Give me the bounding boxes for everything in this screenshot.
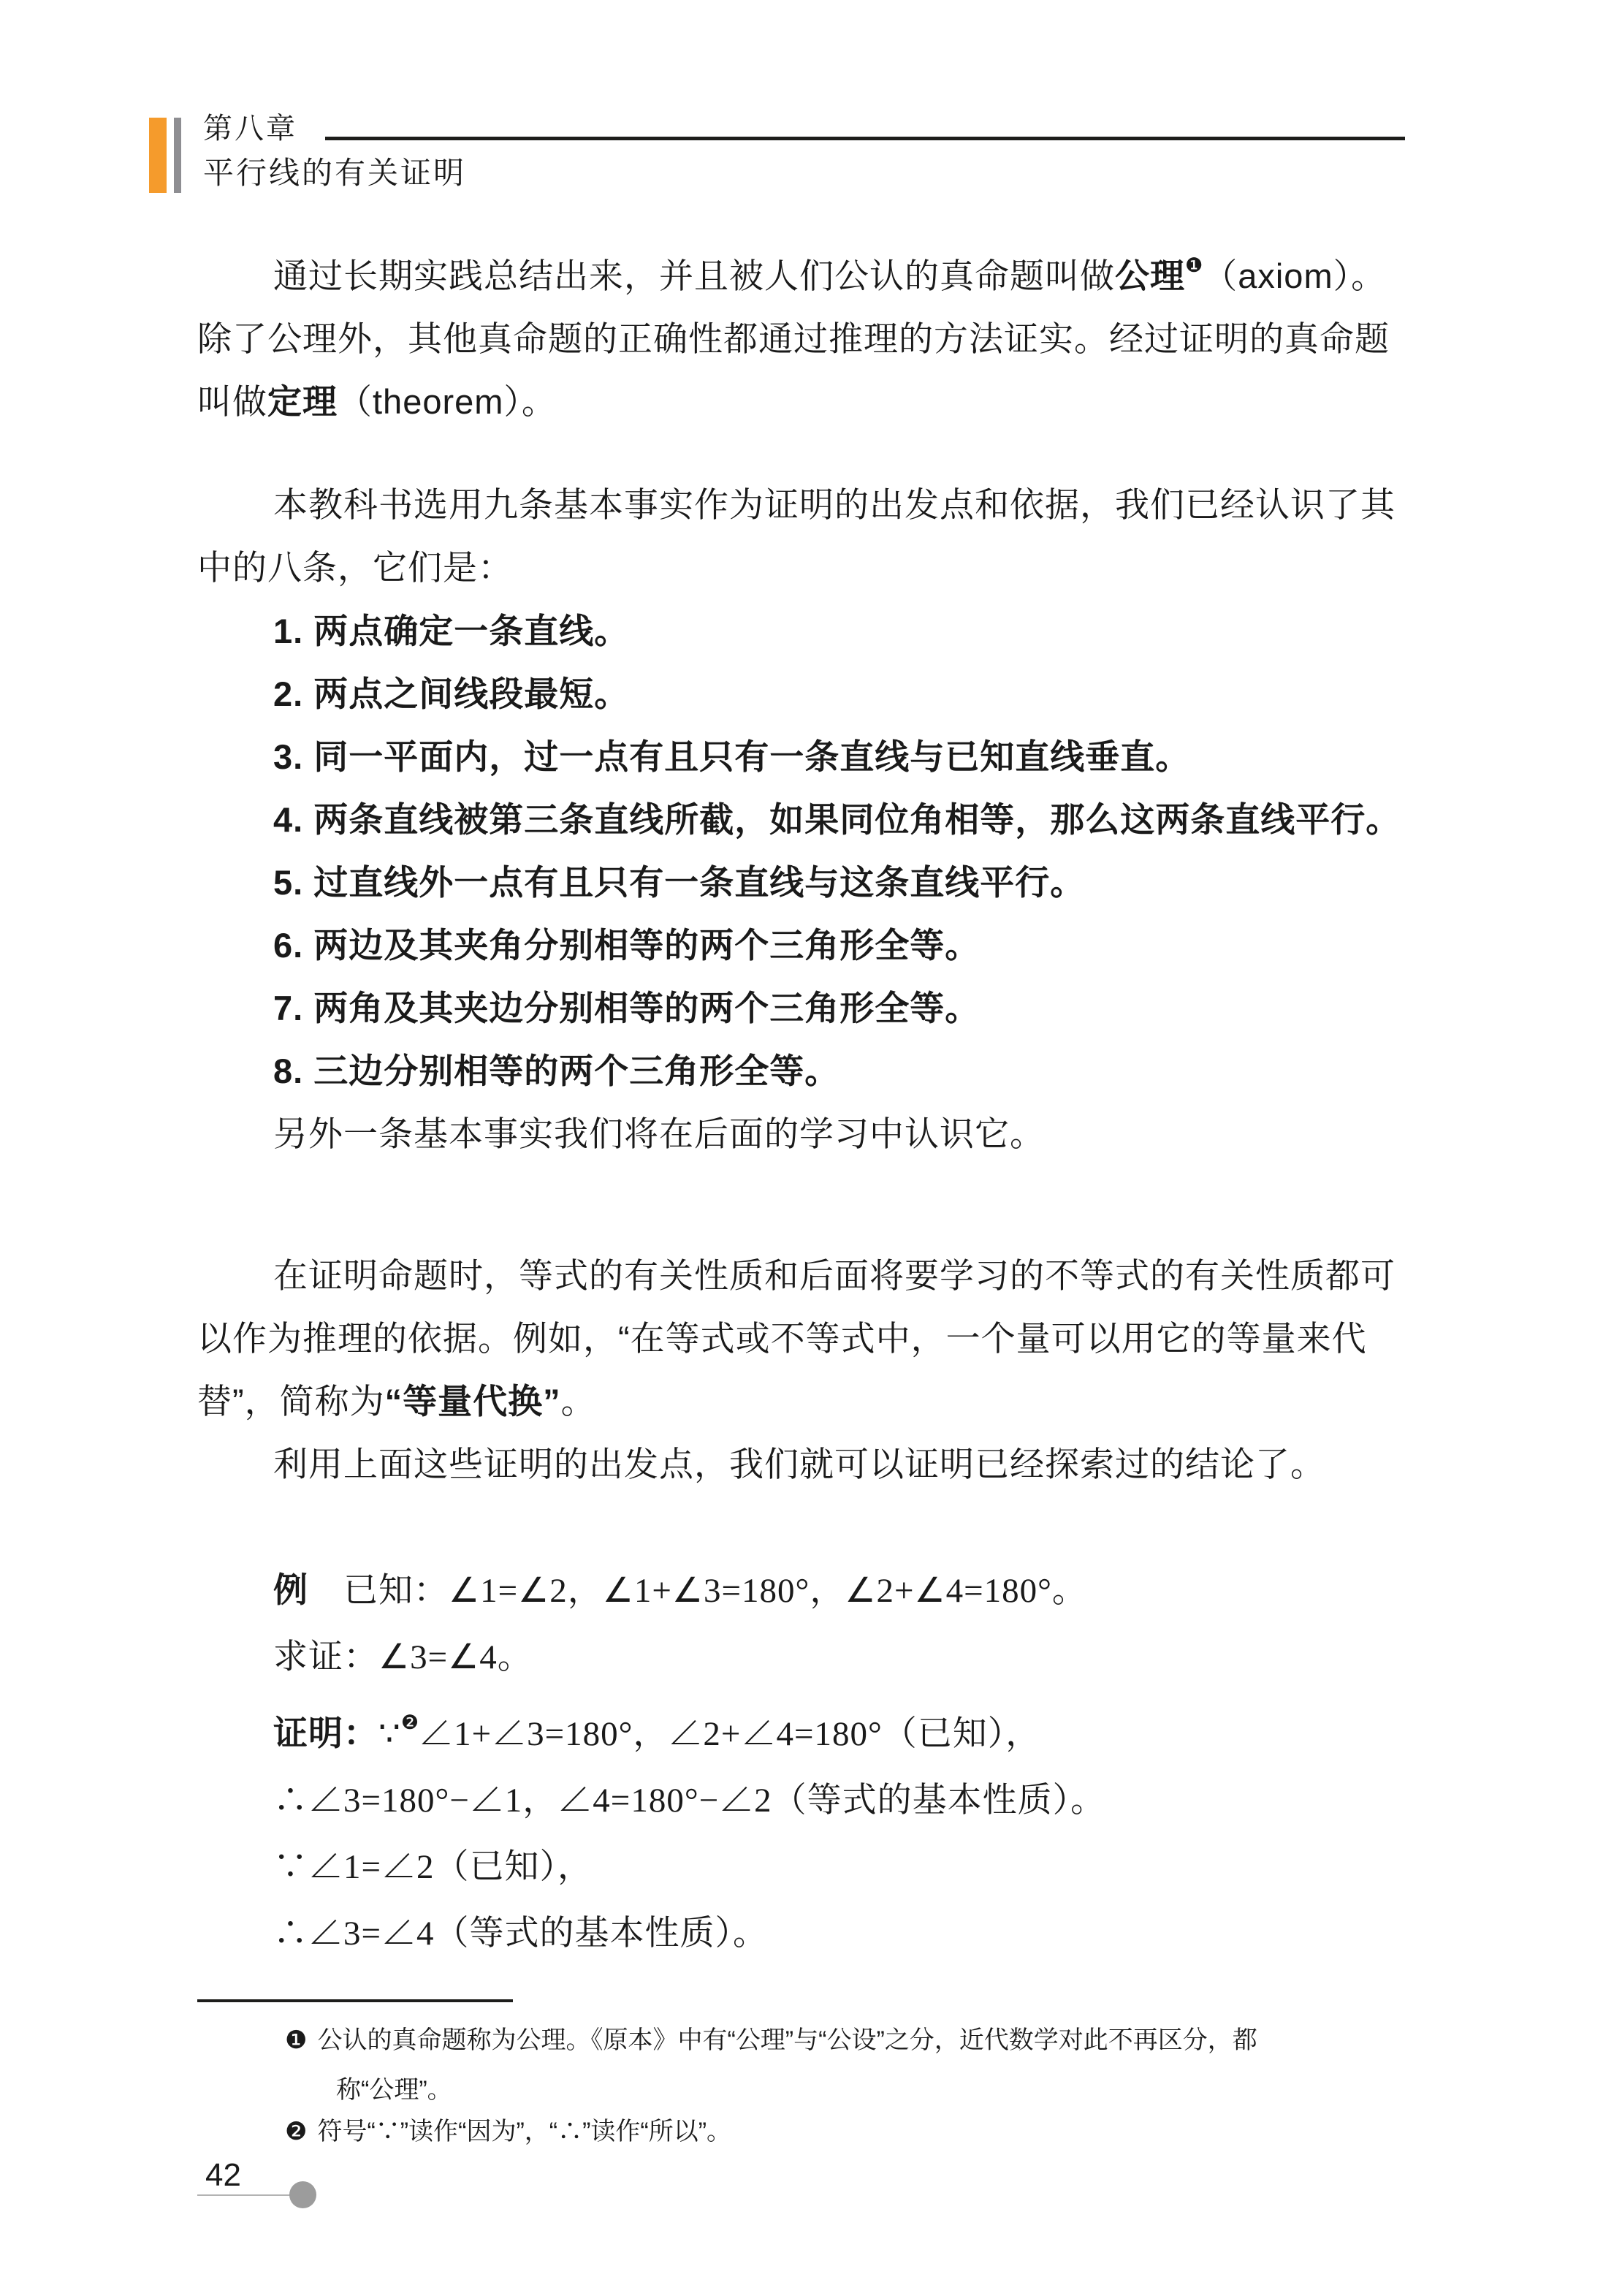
text-run: 利用上面这些证明的出发点，我们就可以证明已经探索过的结论了。	[273, 1445, 1325, 1483]
footnote-rule	[197, 1999, 513, 2002]
para-axiom: 通过长期实践总结出来，并且被人们公认的真命题叫做公理❶（axiom）。除了公理外…	[197, 235, 1483, 433]
text-line: 利用上面这些证明的出发点，我们就可以证明已经探索过的结论了。	[197, 1433, 1483, 1496]
text-run: 6. 两边及其夹角分别相等的两个三角形全等。	[273, 926, 980, 965]
footnote-marker-icon: ❶	[285, 2026, 307, 2055]
text-run: （theorem）。	[338, 382, 557, 421]
text-line: 求证：∠3=∠4。	[197, 1624, 1483, 1690]
text-run: 4. 两条直线被第三条直线所截，如果同位角相等，那么这两条直线平行。	[273, 800, 1401, 839]
text-run: 例	[273, 1570, 308, 1609]
text-line: 2. 两点之间线段最短。	[197, 663, 1483, 726]
text-run: ∵	[378, 1715, 401, 1753]
text-run: 在证明命题时，等式的有关性质和后面将要学习的不等式的有关性质都可	[273, 1256, 1396, 1295]
textbook-page: { "header": { "chapter": "第八章", "title":…	[0, 0, 1622, 2296]
footer-line	[197, 2194, 292, 2196]
text-run: 公理	[1115, 256, 1185, 295]
list-basic-facts: 1. 两点确定一条直线。2. 两点之间线段最短。3. 同一平面内，过一点有且只有…	[197, 600, 1483, 1166]
text-run: 通过长期实践总结出来，并且被人们公认的真命题叫做	[273, 256, 1115, 295]
footnote-line: ❶公认的真命题称为公理。《原本》中有“公理”与“公设”之分，近代数学对此不再区分…	[285, 2015, 1498, 2065]
text-run: 5. 过直线外一点有且只有一条直线与这条直线平行。	[273, 863, 1085, 902]
text-run: 3. 同一平面内，过一点有且只有一条直线与已知直线垂直。	[273, 737, 1190, 776]
text-run: 7. 两角及其夹边分别相等的两个三角形全等。	[273, 989, 980, 1027]
text-run: 另外一条基本事实我们将在后面的学习中认识它。	[273, 1114, 1045, 1153]
text-line: 除了公理外，其他真命题的正确性都通过推理的方法证实。经过证明的真命题	[197, 308, 1483, 370]
footer-dot-icon	[289, 2181, 316, 2208]
page-number: 42	[205, 2157, 241, 2194]
text-line: 另外一条基本事实我们将在后面的学习中认识它。	[197, 1103, 1483, 1166]
text-run: 8. 三边分别相等的两个三角形全等。	[273, 1052, 839, 1090]
text-line: ∵∠1=∠2（已知），	[197, 1833, 1483, 1900]
text-line: 3. 同一平面内，过一点有且只有一条直线与已知直线垂直。	[197, 726, 1483, 788]
text-line: 5. 过直线外一点有且只有一条直线与这条直线平行。	[197, 851, 1483, 914]
text-line: ∴∠3=∠4（等式的基本性质）。	[197, 1900, 1483, 1966]
header-rule	[325, 137, 1405, 140]
footnote-line: ❷符号“∵”读作“因为”，“∴”读作“所以”。	[285, 2107, 1498, 2156]
text-run: 定理	[267, 382, 338, 421]
text-line: 8. 三边分别相等的两个三角形全等。	[197, 1040, 1483, 1103]
footnote-ref-icon: ❶	[1185, 254, 1203, 277]
text-line: 7. 两角及其夹边分别相等的两个三角形全等。	[197, 977, 1483, 1040]
text-line: 通过长期实践总结出来，并且被人们公认的真命题叫做公理❶（axiom）。	[197, 235, 1483, 308]
text-run: 中的八条，它们是：	[197, 548, 513, 587]
chapter-accent-bar-orange	[149, 118, 167, 193]
footnote-text: 称“公理”。	[336, 2076, 452, 2104]
text-run: 已知：	[308, 1570, 449, 1609]
para-facts-intro: 本教科书选用九条基本事实作为证明的出发点和依据，我们已经认识了其中的八条，它们是…	[197, 474, 1483, 599]
text-run: 求证：	[273, 1637, 378, 1676]
footnote-text: 符号“∵”读作“因为”，“∴”读作“所以”。	[317, 2118, 731, 2145]
text-run: （axiom）。	[1203, 256, 1386, 295]
text-run: “等量代换”	[385, 1382, 561, 1421]
text-run: 本教科书选用九条基本事实作为证明的出发点和依据，我们已经认识了其	[273, 485, 1396, 524]
text-line: 4. 两条直线被第三条直线所截，如果同位角相等，那么这两条直线平行。	[197, 788, 1483, 851]
text-line: 例 已知：∠1=∠2，∠1+∠3=180°，∠2+∠4=180°。	[197, 1557, 1483, 1624]
text-run: 1. 两点确定一条直线。	[273, 612, 629, 650]
text-line: 证明：∵❷∠1+∠3=180°，∠2+∠4=180°（已知），	[197, 1690, 1483, 1767]
text-run: 。	[561, 1382, 596, 1421]
text-line: 以作为推理的依据。例如，“在等式或不等式中，一个量可以用它的等量来代	[197, 1307, 1483, 1370]
chapter-accent-bar-gray	[174, 118, 181, 193]
text-line: ∴∠3=180°−∠1，∠4=180°−∠2（等式的基本性质）。	[197, 1767, 1483, 1833]
text-line: 本教科书选用九条基本事实作为证明的出发点和依据，我们已经认识了其	[197, 474, 1483, 536]
text-run: ∴∠3=∠4（等式的基本性质）。	[273, 1915, 768, 1953]
text-line: 叫做定理（theorem）。	[197, 370, 1483, 433]
chapter-number: 第八章	[203, 111, 297, 146]
text-run: ∵∠1=∠2（已知），	[273, 1848, 593, 1886]
text-run: ∠1=∠2，∠1+∠3=180°，∠2+∠4=180°。	[449, 1572, 1087, 1610]
chapter-title: 平行线的有关证明	[203, 155, 466, 191]
text-line: 替”，简称为“等量代换”。	[197, 1370, 1483, 1433]
text-line: 1. 两点确定一条直线。	[197, 600, 1483, 663]
text-run: 以作为推理的依据。例如，“在等式或不等式中，一个量可以用它的等量来代	[197, 1319, 1367, 1358]
text-run: ∴∠3=180°−∠1，∠4=180°−∠2（等式的基本性质）。	[273, 1782, 1105, 1820]
text-line: 6. 两边及其夹角分别相等的两个三角形全等。	[197, 914, 1483, 977]
text-run: ∠1+∠3=180°，∠2+∠4=180°（已知），	[419, 1715, 1040, 1753]
footnote: ❷符号“∵”读作“因为”，“∴”读作“所以”。	[285, 2107, 1498, 2156]
footnote-marker-icon: ❷	[285, 2117, 307, 2146]
para-properties: 在证明命题时，等式的有关性质和后面将要学习的不等式的有关性质都可以作为推理的依据…	[197, 1244, 1483, 1496]
text-run: 除了公理外，其他真命题的正确性都通过推理的方法证实。经过证明的真命题	[197, 319, 1390, 358]
text-run: ∠3=∠4。	[378, 1638, 533, 1676]
example: 例 已知：∠1=∠2，∠1+∠3=180°，∠2+∠4=180°。求证：∠3=∠…	[197, 1557, 1483, 1966]
text-run: 2. 两点之间线段最短。	[273, 674, 629, 713]
text-run: 证明：	[273, 1714, 378, 1752]
text-run: 叫做	[197, 382, 267, 421]
footnote: ❶公认的真命题称为公理。《原本》中有“公理”与“公设”之分，近代数学对此不再区分…	[285, 2015, 1498, 2115]
text-line: 在证明命题时，等式的有关性质和后面将要学习的不等式的有关性质都可	[197, 1244, 1483, 1307]
text-line: 中的八条，它们是：	[197, 536, 1483, 599]
text-run: 替”，简称为	[197, 1382, 385, 1421]
footnote-ref-icon: ❷	[401, 1711, 419, 1734]
footnote-text: 公认的真命题称为公理。《原本》中有“公理”与“公设”之分，近代数学对此不再区分，…	[317, 2026, 1257, 2054]
